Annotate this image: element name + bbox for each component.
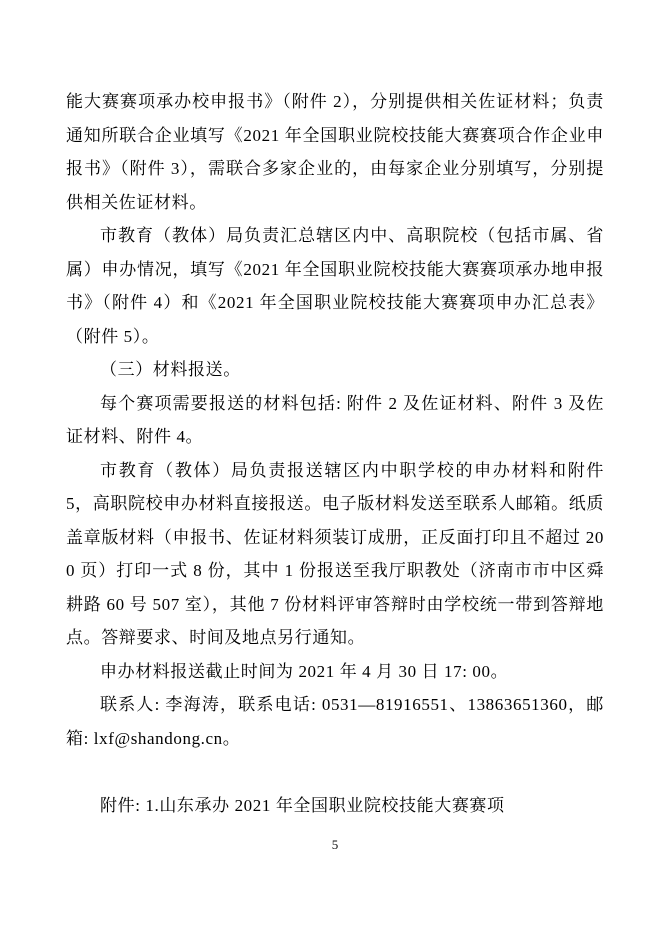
paragraph-deadline: 申办材料报送截止时间为 2021 年 4 月 30 日 17: 00。 (66, 655, 604, 689)
paragraph-attachment-list: 附件: 1.山东承办 2021 年全国职业院校技能大赛赛项 (66, 789, 604, 823)
page-body-text: 能大赛赛项承办校申报书》（附件 2），分别提供相关佐证材料；负责通知所联合企业填… (66, 85, 604, 822)
paragraph-contact-info: 联系人: 李海涛，联系电话: 0531—81916551、13863651360… (66, 688, 604, 755)
paragraph-summary-reporting: 市教育（教体）局负责汇总辖区内中、高职院校（包括市属、省属）申办情况，填写《20… (66, 219, 604, 353)
page-number: 5 (0, 838, 670, 852)
paragraph-continuation: 能大赛赛项承办校申报书》（附件 2），分别提供相关佐证材料；负责通知所联合企业填… (66, 85, 604, 219)
document-page: 能大赛赛项承办校申报书》（附件 2），分别提供相关佐证材料；负责通知所联合企业填… (0, 0, 670, 929)
section-heading-material-submission: （三）材料报送。 (66, 353, 604, 387)
paragraph-required-materials: 每个赛项需要报送的材料包括: 附件 2 及佐证材料、附件 3 及佐证材料、附件 … (66, 387, 604, 454)
paragraph-submission-details: 市教育（教体）局负责报送辖区内中职学校的申办材料和附件 5，高职院校申办材料直接… (66, 454, 604, 655)
